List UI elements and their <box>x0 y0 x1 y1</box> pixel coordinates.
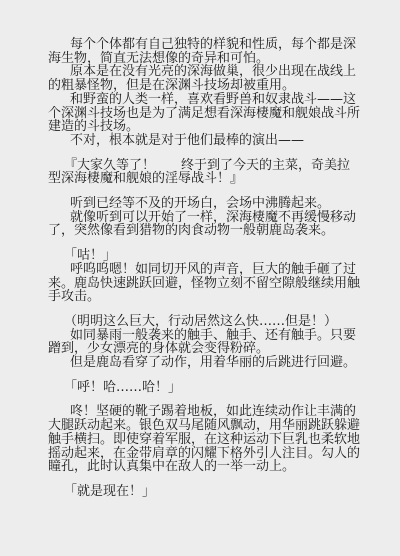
novel-paragraph: 如同暴雨一般袭来的触手、触手、还有触手。只要蹭到，少女漂亮的身体就会变得粉碎。 <box>48 329 360 356</box>
novel-paragraph: 不对，根本就是对于他们最棒的演出—— <box>48 134 360 148</box>
novel-paragraph: 咚！坚硬的靴子踢着地板，如此连续动作让丰满的大腿跃动起来。银色双马尾随风飘动，用… <box>48 405 360 474</box>
novel-paragraph: （明明这么巨大，行动居然这么快……但是！） <box>48 315 360 329</box>
blank-line <box>48 148 360 159</box>
novel-text: 每个个体都有自己独特的样貌和性质，每个都是深海生物，简直无法想像的奇异和可怕。原… <box>48 38 360 499</box>
novel-paragraph: 呼呜呜嗯！如同切开风的声音，巨大的触手砸了过来。鹿岛快速跳跃回避，怪物立刻不留空… <box>48 263 360 304</box>
novel-paragraph: 听到已经等不及的开场白，会场中沸腾起来。 <box>48 197 360 211</box>
novel-paragraph: 「呼！哈……哈！」 <box>48 381 360 395</box>
novel-paragraph: 「就是现在！」 <box>48 485 360 499</box>
novel-paragraph: 「咕！」 <box>48 249 360 263</box>
novel-paragraph: 和野蛮的人类一样，喜欢看野兽和奴隶战斗——这个深渊斗技场也是为了满足想看深海棲魔… <box>48 93 360 134</box>
novel-paragraph: 原本是在没有光亮的深海做巢，很少出现在战线上的粗暴怪物，但是在深渊斗技场却被重用… <box>48 65 360 92</box>
novel-paragraph: 就像听到可以开始了一样，深海棲魔不再缓慢移动了，突然像看到猎物的肉食动物一般朝鹿… <box>48 211 360 238</box>
novel-paragraph: 『大家久等了！ 终于到了今天的主菜，奇美拉型深海棲魔和舰娘的淫辱战斗！』 <box>48 159 360 186</box>
novel-paragraph: 但是鹿岛看穿了动作，用着华丽的后跳进行回避。 <box>48 356 360 370</box>
novel-paragraph: 每个个体都有自己独特的样貌和性质，每个都是深海生物，简直无法想像的奇异和可怕。 <box>48 38 360 65</box>
reader-page: 每个个体都有自己独特的样貌和性质，每个都是深海生物，简直无法想像的奇异和可怕。原… <box>0 0 400 556</box>
